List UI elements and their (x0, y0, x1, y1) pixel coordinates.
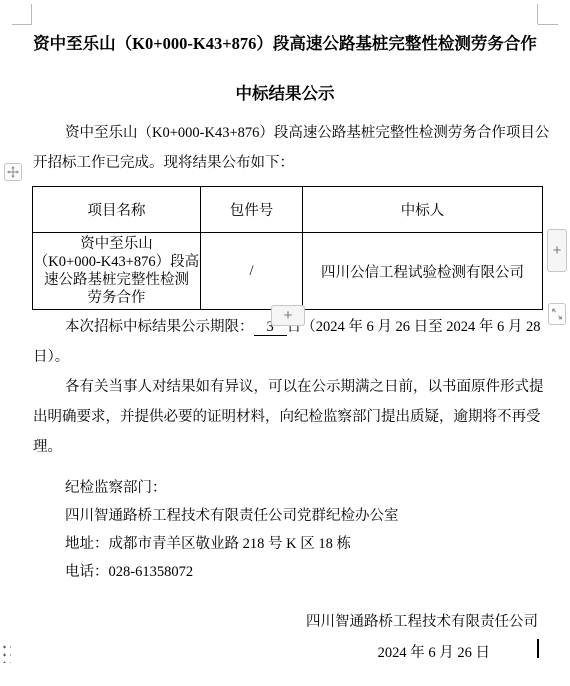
table-header-winner: 中标人 (303, 187, 543, 233)
drag-grip-dots[interactable] (1, 643, 11, 663)
word-document-page: 资中至乐山（K0+000-K43+876）段高速公路基桩完整性检测劳务合作 中标… (0, 0, 570, 686)
table-row: 资中至乐山 （K0+000-K43+876）段高 速公路基桩完整性检测 劳务合作… (33, 233, 543, 310)
contact-address: 地址：成都市青羊区敬业路 218 号 K 区 18 栋 (65, 534, 351, 554)
table-move-handle[interactable] (4, 163, 22, 181)
crop-mark-top-left-vertical (31, 4, 32, 24)
cell-project-name: 资中至乐山 （K0+000-K43+876）段高 速公路基桩完整性检测 劳务合作 (33, 233, 201, 310)
intro-line-2: 开招标工作已完成。现将结果公布如下： (33, 153, 294, 173)
crop-mark-top-right-horizontal (538, 24, 558, 25)
bid-result-table: 项目名称 包件号 中标人 资中至乐山 （K0+000-K43+876）段高 速公… (32, 186, 543, 310)
contact-department-label: 纪检监察部门： (65, 478, 167, 498)
contact-phone: 电话：028-61358072 (65, 562, 193, 582)
project-name-line: 资中至乐山 (33, 235, 200, 253)
cell-winner: 四川公信工程试验检测有限公司 (303, 233, 543, 310)
plus-icon: + (284, 307, 293, 324)
signature-company: 四川智通路桥工程技术有限责任公司 (306, 610, 538, 631)
objection-line-2: 出明确要求，并提供必要的证明材料，向纪检监察部门提出质疑，逾期将不再受 (33, 407, 541, 427)
document-title-line1: 资中至乐山（K0+000-K43+876）段高速公路基桩完整性检测劳务合作 (0, 30, 570, 54)
objection-line-3: 理。 (33, 437, 62, 457)
move-icon (7, 166, 19, 178)
crop-mark-top-right-vertical (537, 4, 538, 24)
project-name-line: 速公路基桩完整性检测 (33, 271, 200, 289)
table-header-package-no: 包件号 (201, 187, 303, 233)
crop-mark-top-left-horizontal (12, 24, 32, 25)
document-title-line2: 中标结果公示 (0, 80, 570, 104)
intro-line-1: 资中至乐山（K0+000-K43+876）段高速公路基桩完整性检测劳务合作项目公 (65, 123, 549, 143)
signature-date: 2024 年 6 月 26 日 (378, 641, 490, 662)
period-prefix: 本次招标中标结果公示期限： (65, 319, 254, 335)
table-resize-handle[interactable] (548, 303, 566, 325)
cell-package-no: / (201, 233, 303, 310)
resize-icon (551, 307, 563, 321)
project-name-line: （K0+000-K43+876）段高 (33, 253, 200, 271)
plus-icon: + (553, 242, 562, 259)
text-cursor (537, 639, 539, 658)
table-add-column-button[interactable]: + (547, 229, 567, 272)
table-header-project-name: 项目名称 (33, 187, 201, 233)
contact-office-name: 四川智通路桥工程技术有限责任公司党群纪检办公室 (65, 506, 399, 526)
period-line-2: 日）。 (33, 347, 69, 367)
table-add-row-button[interactable]: + (271, 305, 305, 326)
project-name-line: 劳务合作 (33, 289, 200, 307)
objection-line-1: 各有关当事人对结果如有异议，可以在公示期满之日前，以书面原件形式提 (65, 377, 544, 397)
period-suffix: 日（2024 年 6 月 26 日至 2024 年 6 月 28 (287, 319, 541, 335)
